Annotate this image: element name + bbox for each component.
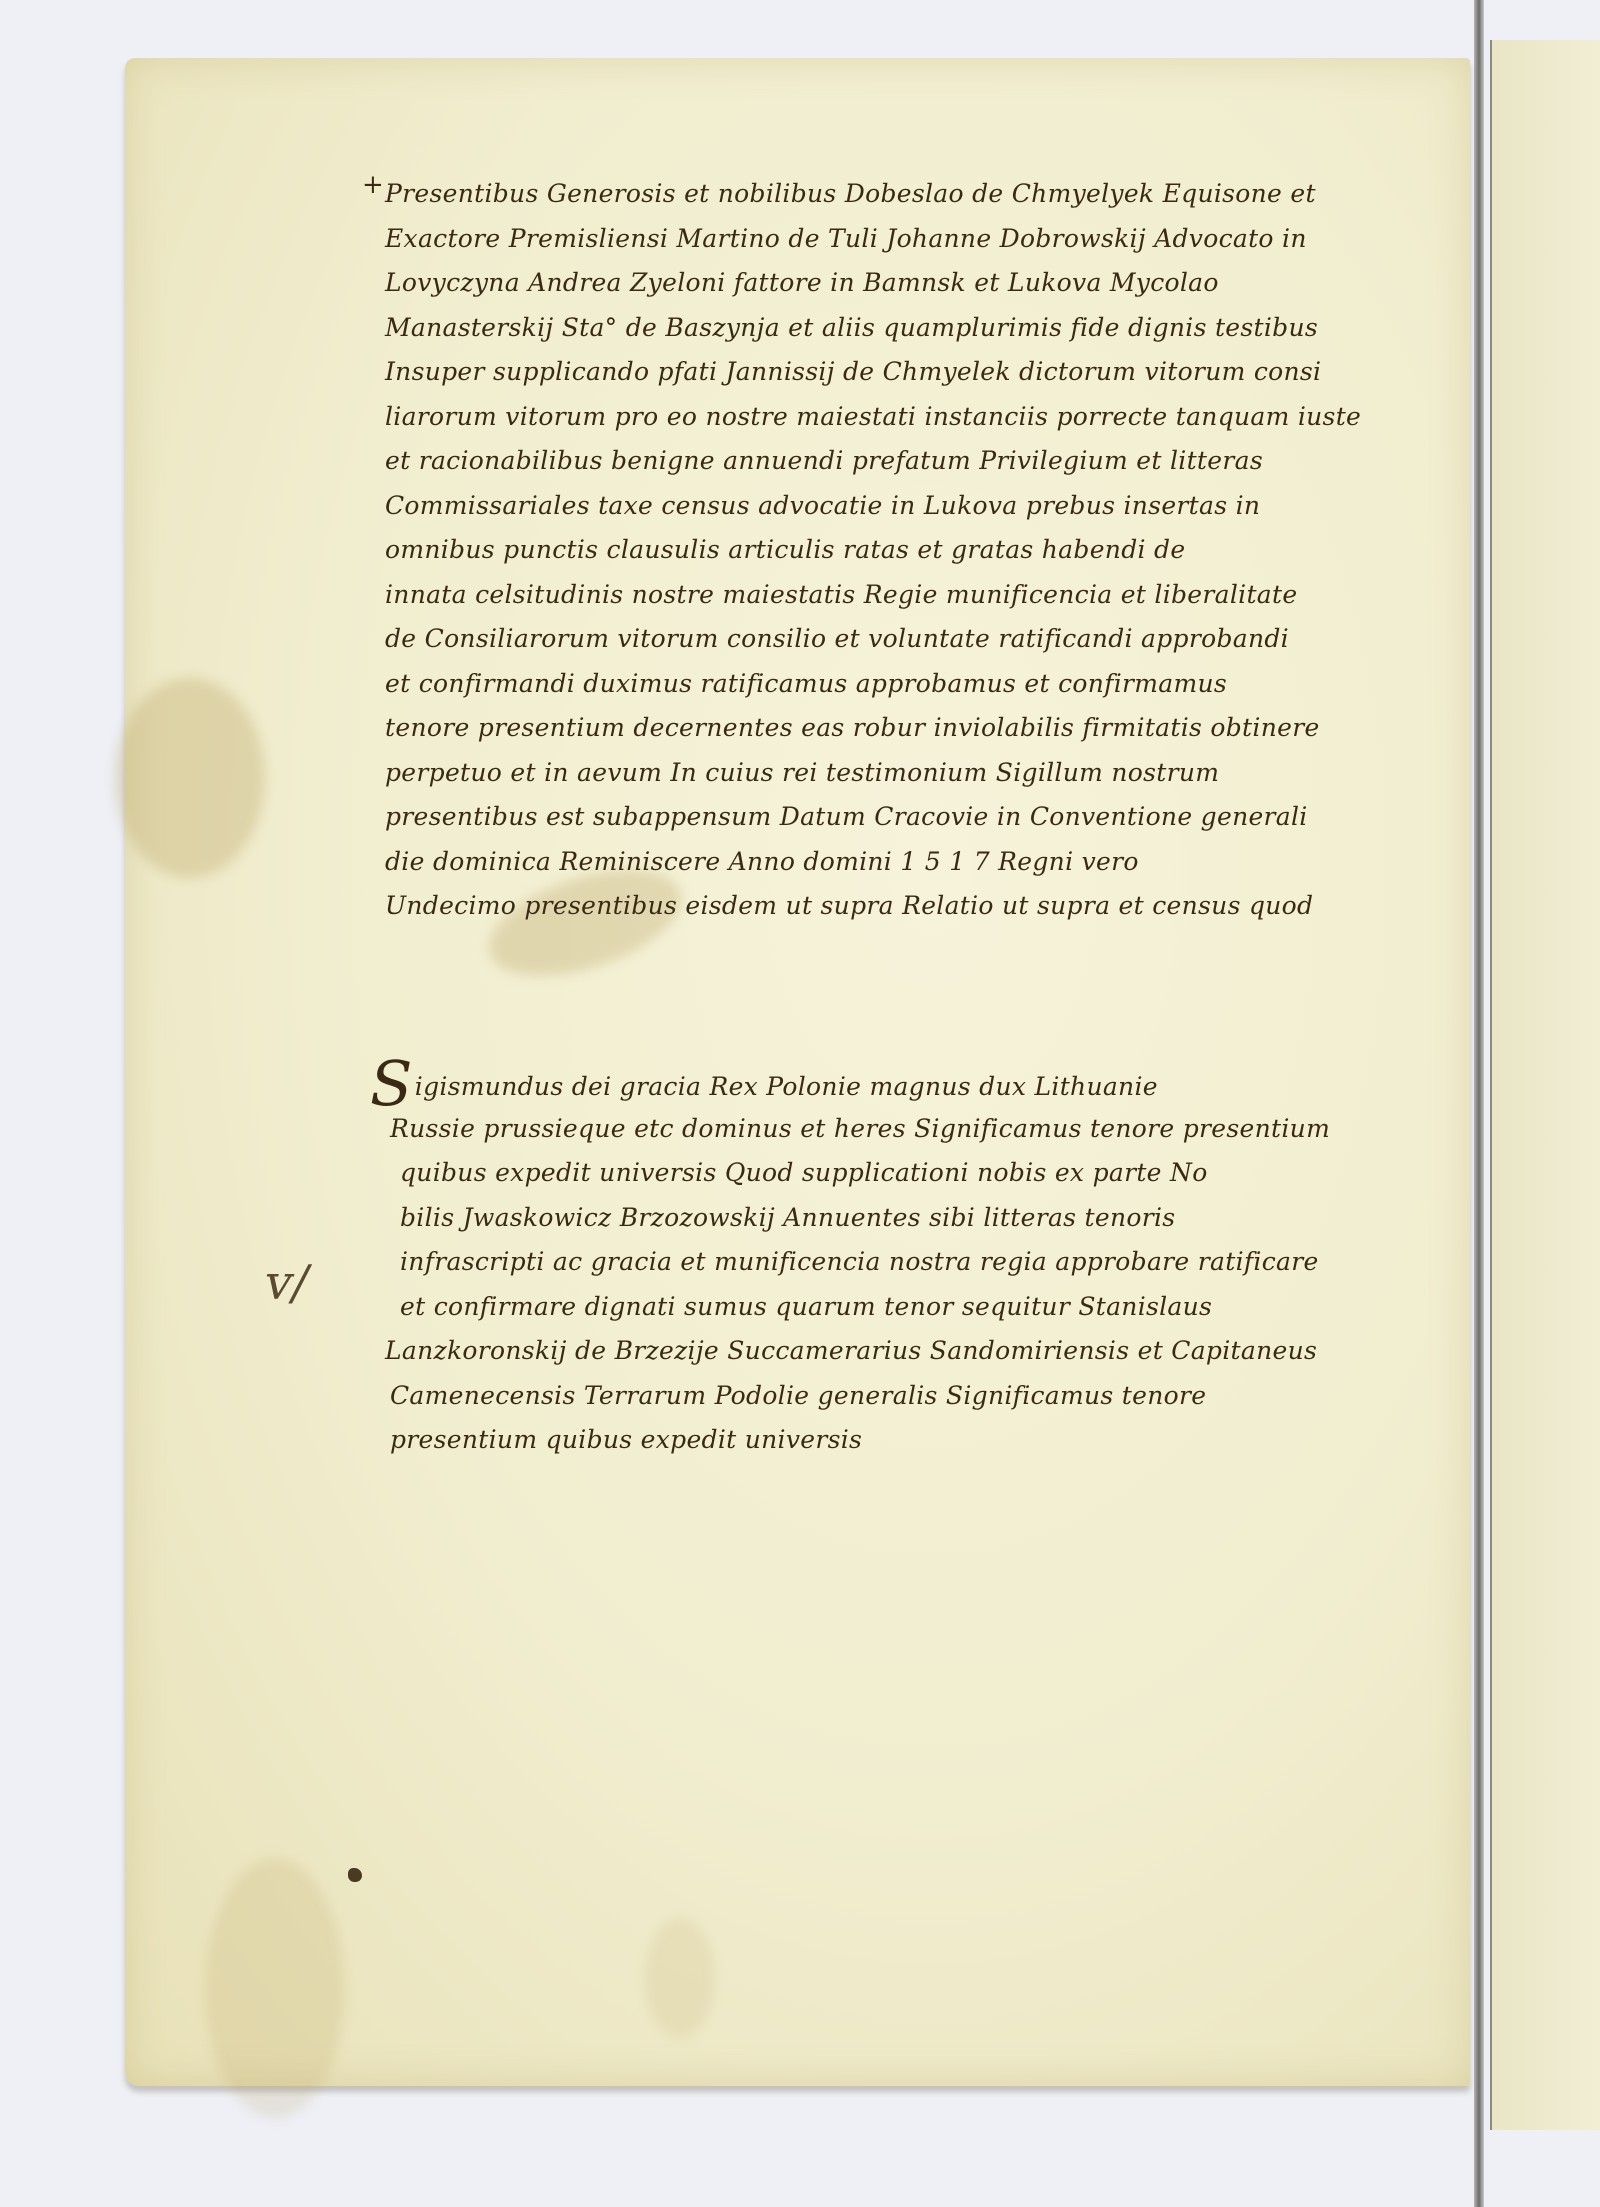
text-line: Exactore Premisliensi Martino de Tuli Jo… — [385, 217, 1365, 262]
marginal-cross-mark: + — [362, 170, 384, 200]
text-line: Lanzkoronskij de Brzezije Succamerarius … — [360, 1329, 1360, 1374]
text-line: Presentibus Generosis et nobilibus Dobes… — [385, 172, 1365, 217]
text-line: die dominica Reminiscere Anno domini 1 5… — [385, 840, 1365, 885]
text-line: bilis Jwaskowicz Brzozowskij Annuentes s… — [360, 1196, 1360, 1241]
text-line: infrascripti ac gracia et munificencia n… — [360, 1240, 1360, 1285]
text-line: omnibus punctis clausulis articulis rata… — [385, 528, 1365, 573]
text-line: et racionabilibus benigne annuendi prefa… — [385, 439, 1365, 484]
entry-1-text: Presentibus Generosis et nobilibus Dobes… — [385, 172, 1365, 929]
text-line: innata celsitudinis nostre maiestatis Re… — [385, 573, 1365, 618]
text-line: Camenecensis Terrarum Podolie generalis … — [360, 1374, 1360, 1419]
text-line: presentibus est subappensum Datum Cracov… — [385, 795, 1365, 840]
text-line: Russie prussieque etc dominus et heres S… — [360, 1107, 1360, 1152]
book-spine — [1474, 0, 1484, 2207]
text-line: Manasterskij Sta° de Baszynja et aliis q… — [385, 306, 1365, 351]
water-stain — [115, 678, 265, 878]
text-line: perpetuo et in aevum In cuius rei testim… — [385, 751, 1365, 796]
facing-page-edge — [1490, 40, 1600, 2130]
text-line: et confirmandi duximus ratificamus appro… — [385, 662, 1365, 707]
text-line: de Consiliarorum vitorum consilio et vol… — [385, 617, 1365, 662]
text-line: Sigismundus dei gracia Rex Polonie magnu… — [360, 1062, 1360, 1107]
text-line: Insuper supplicando pfati Jannissij de C… — [385, 350, 1365, 395]
text-line-content: igismundus dei gracia Rex Polonie magnus… — [415, 1072, 1158, 1101]
text-line: liarorum vitorum pro eo nostre maiestati… — [385, 395, 1365, 440]
ink-blot — [348, 1868, 362, 1882]
text-line: et confirmare dignati sumus quarum tenor… — [360, 1285, 1360, 1330]
water-stain — [645, 1918, 715, 2038]
text-line: tenore presentium decernentes eas robur … — [385, 706, 1365, 751]
text-line: presentium quibus expedit universis — [360, 1418, 1360, 1463]
marginal-note: ᴠ/ — [265, 1255, 308, 1311]
entry-2-text: Sigismundus dei gracia Rex Polonie magnu… — [360, 1062, 1360, 1463]
text-line: quibus expedit universis Quod supplicati… — [360, 1151, 1360, 1196]
text-line: Lovyczyna Andrea Zyeloni fattore in Bamn… — [385, 261, 1365, 306]
text-line: Commissariales taxe census advocatie in … — [385, 484, 1365, 529]
water-stain — [205, 1858, 345, 2118]
text-line: Undecimo presentibus eisdem ut supra Rel… — [385, 884, 1365, 929]
